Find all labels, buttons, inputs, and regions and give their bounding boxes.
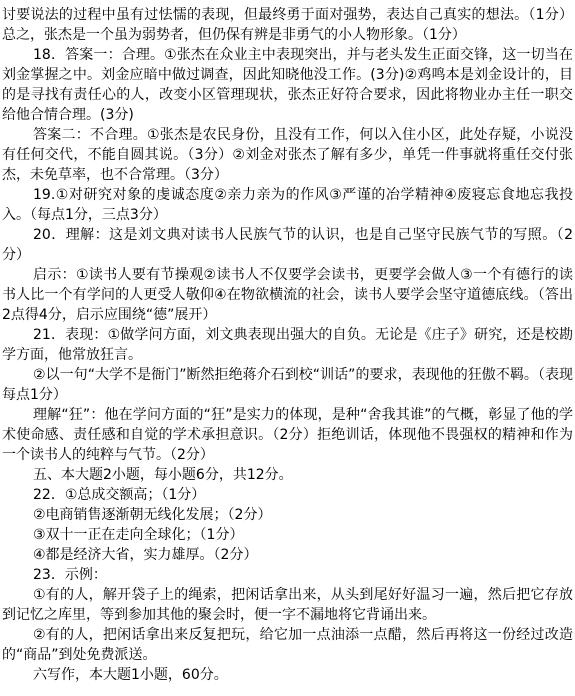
paragraph: ②有的人，把闲话拿出来反复把玩，给它加一点油添一点醋，然后再将这一份经过改造的“… — [2, 625, 573, 665]
paragraph: 22．①总成交额高；（1分） — [2, 485, 573, 505]
paragraph: 讨要说法的过程中虽有过怯懦的表现，但最终勇于面对强势，表达自己真实的想法。（1分… — [2, 5, 573, 45]
paragraph: 答案二：不合理。①张杰是农民身份，且没有工作，何以入住小区，此处存疑，小说没有任… — [2, 125, 573, 185]
paragraph: ③双十一正在走向全球化；（1分） — [2, 525, 573, 545]
paragraph: 启示：①读书人要有节操观②读书人不仅要学会读书，更要学会做人③一个有德行的读书人… — [2, 265, 573, 325]
paragraph: 21．表现：①做学问方面，刘文典表现出强大的自负。无论是《庄子》研究，还是校勘学… — [2, 325, 573, 365]
paragraph: 五、本大题2小题，每小题6分，共12分。 — [2, 465, 573, 485]
paragraph: ④都是经济大省，实力雄厚。（2分） — [2, 545, 573, 565]
paragraph: ①有的人，解开袋子上的绳索，把闲话拿出来，从头到尾好好温习一遍，然后把它存放到记… — [2, 585, 573, 625]
paragraphs-container: 讨要说法的过程中虽有过怯懦的表现，但最终勇于面对强势，表达自己真实的想法。（1分… — [2, 5, 573, 685]
paragraph: 理解“狂”：他在学问方面的“狂”是实力的体现，是种“舍我其谁”的气概，彰显了他的… — [2, 405, 573, 465]
answer-key-page: 讨要说法的过程中虽有过怯懦的表现，但最终勇于面对强势，表达自己真实的想法。（1分… — [0, 0, 575, 696]
paragraph: ②电商销售逐渐朝无线化发展；（2分） — [2, 505, 573, 525]
paragraph: 23．示例： — [2, 565, 573, 585]
paragraph: 六写作，本大题1小题，60分。 — [2, 665, 573, 685]
paragraph: 20．理解：这是刘文典对读书人民族气节的认识，也是自己坚守民族气节的写照。（2分… — [2, 225, 573, 265]
paragraph: 18．答案一：合理。①张杰在众业主中表现突出，并与老头发生正面交锋，这一切当在刘… — [2, 45, 573, 125]
paragraph: 19.①对研究对象的虔诚态度②亲力亲为的作风③严谨的冶学精神④废寝忘食地忘我投入… — [2, 185, 573, 225]
paragraph: ②以一句“大学不是衙门”断然拒绝蒋介石到校“训话”的要求，表现他的狂傲不羁。（表… — [2, 365, 573, 405]
